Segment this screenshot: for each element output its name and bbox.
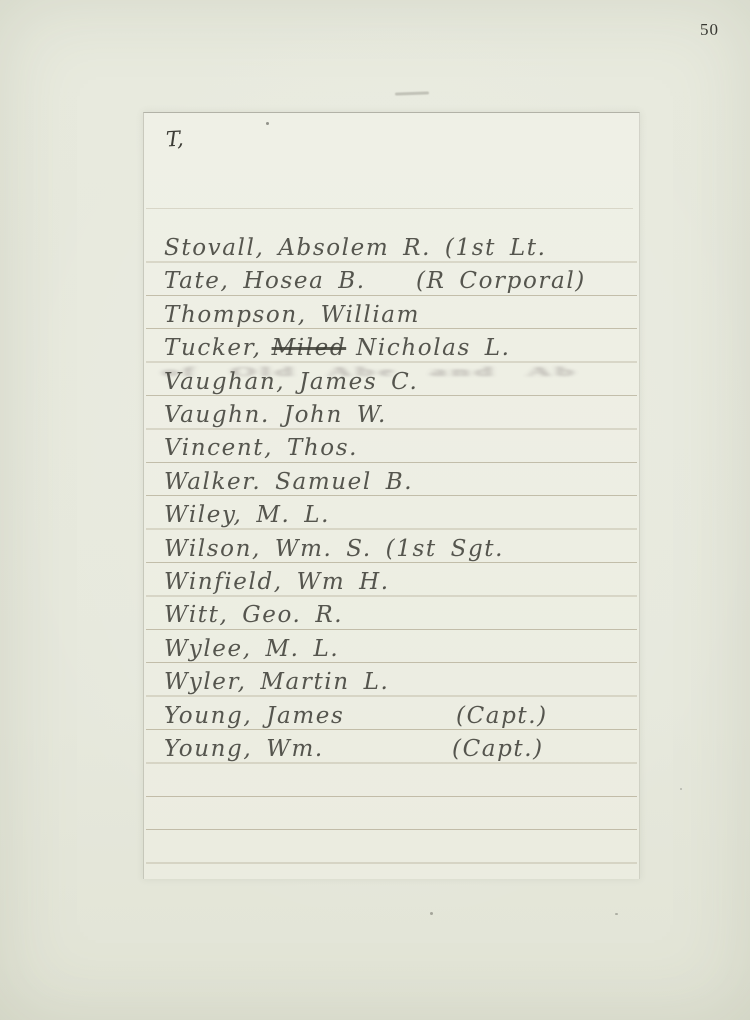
roster-entries: Stovall, Absolem R. (1st Lt.Tate, Hosea … <box>164 113 635 879</box>
entry-name-text: Vaughn. John W. <box>164 402 387 428</box>
page-number: 50 <box>700 20 719 40</box>
roster-entry: Thompson, William <box>164 302 635 334</box>
entry-name-text: Wylee, M. L. <box>164 636 339 662</box>
entry-name-text: Nicholas L. <box>356 335 510 361</box>
entry-name-text: Stovall, Absolem R. (1st Lt. <box>164 235 547 261</box>
entry-name-text: Witt, Geo. R. <box>164 602 343 628</box>
entry-name-text: Tucker, <box>164 335 262 361</box>
roster-entry: Young, James(Capt.) <box>164 703 635 735</box>
notebook-paper: T, of Old Abe and Ab Stovall, Absolem R.… <box>143 112 640 879</box>
ink-speck <box>430 912 433 915</box>
entry-rank-note: (Capt.) <box>456 703 548 729</box>
roster-entry: Vaughn. John W. <box>164 402 635 434</box>
entry-name-text: Wyler, Martin L. <box>164 669 389 695</box>
roster-entry: Winfield, Wm H. <box>164 569 635 601</box>
entry-rank-note: (R Corporal) <box>416 268 586 294</box>
entry-name-text: Vaughan, James C. <box>164 369 418 395</box>
roster-entry: Vaughan, James C. <box>164 369 635 401</box>
entry-name-text: Tate, Hosea B. <box>164 268 366 294</box>
entry-name-text: Walker. Samuel B. <box>164 469 413 495</box>
ink-speck <box>615 913 618 915</box>
ink-speck <box>680 788 682 790</box>
entry-name-text: Winfield, Wm H. <box>164 569 390 595</box>
roster-entry: Wiley, M. L. <box>164 502 635 534</box>
ink-speck <box>266 122 269 125</box>
roster-entry: Vincent, Thos. <box>164 435 635 467</box>
entry-rank-note: (Capt.) <box>452 736 544 762</box>
entry-text-struck: Miled <box>272 335 347 361</box>
entry-name-text: Wiley, M. L. <box>164 502 330 528</box>
roster-entry: Wylee, M. L. <box>164 636 635 668</box>
entry-name-text: Wilson, Wm. S. (1st Sgt. <box>164 536 504 562</box>
entry-name-text: Vincent, Thos. <box>164 435 358 461</box>
roster-entry: Stovall, Absolem R. (1st Lt. <box>164 235 635 267</box>
entry-name-text: Thompson, William <box>164 302 420 328</box>
roster-entry: Young, Wm.(Capt.) <box>164 736 635 768</box>
entry-name-text: Young, Wm. <box>164 736 324 762</box>
roster-entry: Walker. Samuel B. <box>164 469 635 501</box>
roster-entry: Wilson, Wm. S. (1st Sgt. <box>164 536 635 568</box>
scanned-document-page: 50 T, of Old Abe and Ab Stovall, Absolem… <box>0 0 750 1020</box>
pencil-smudge <box>395 91 429 95</box>
roster-entry: Witt, Geo. R. <box>164 602 635 634</box>
entry-name-text: Young, James <box>164 703 344 729</box>
roster-entry: Tucker,MiledNicholas L. <box>164 335 635 367</box>
roster-entry: Wyler, Martin L. <box>164 669 635 701</box>
roster-entry: Tate, Hosea B.(R Corporal) <box>164 268 635 300</box>
